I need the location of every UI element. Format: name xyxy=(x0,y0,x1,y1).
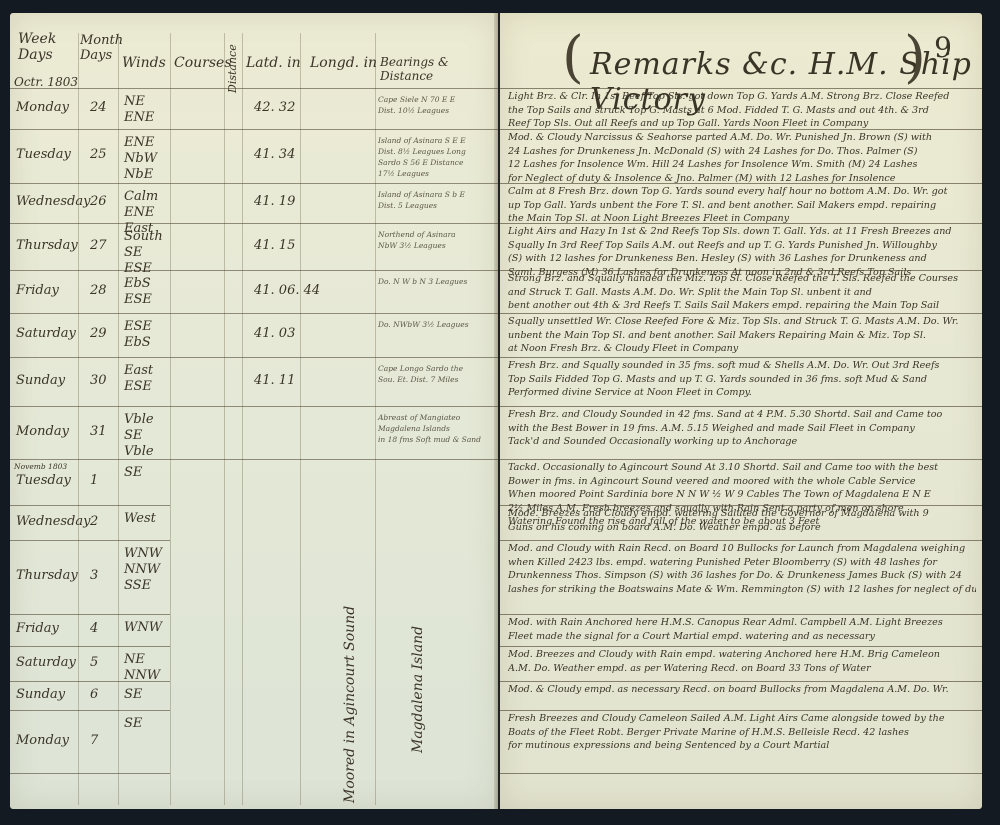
row-rule xyxy=(10,183,498,184)
remark-line: for mutinous expressions and being Sente… xyxy=(508,739,976,753)
remark-line: Mode. Breezes and Cloudy empd. watering … xyxy=(508,507,976,521)
weekday: Monday xyxy=(16,424,69,440)
weekday: Monday xyxy=(16,733,69,749)
remark-entry: Mod. & Cloudy Narcissus & Seahorse parte… xyxy=(508,131,976,185)
weekday: Sunday xyxy=(16,373,65,389)
remark-line: with the Best Bower in 19 fms. A.M. 5.15… xyxy=(508,422,976,436)
row-rule xyxy=(10,646,170,647)
remark-line: 24 Lashes for Drunkeness Jn. McDonald (S… xyxy=(508,145,976,159)
month-day: 26 xyxy=(90,194,107,210)
wind: WNW xyxy=(124,620,162,636)
wind: WNW xyxy=(124,546,162,562)
remark-rule xyxy=(500,183,982,184)
remark-line: Fresh Breezes and Cloudy Cameleon Sailed… xyxy=(508,712,976,726)
bearing-note: Do. NWbW 3½ Leagues xyxy=(378,319,469,331)
latitude: 41. 15 xyxy=(254,238,295,254)
page-number: 9 xyxy=(934,31,952,64)
header-period: Octr. 1803 xyxy=(14,75,78,89)
remark-line: Tack'd and Sounded Occasionally working … xyxy=(508,435,976,449)
wind: ESE xyxy=(124,319,152,335)
remark-rule xyxy=(500,88,982,89)
bearing-note: Do. N W b N 3 Leagues xyxy=(378,276,467,288)
remark-rule xyxy=(500,459,982,460)
weekday: Saturday xyxy=(16,655,76,671)
wind: ENE xyxy=(124,110,154,126)
wind: SE xyxy=(124,687,142,703)
wind: SSE xyxy=(124,578,151,594)
remark-entry: Fresh Breezes and Cloudy Cameleon Sailed… xyxy=(508,712,976,753)
latitude: 41. 19 xyxy=(254,194,295,210)
remark-line: lashes for striking the Boatswains Mate … xyxy=(508,583,976,597)
remark-entry: Mod. Breezes and Cloudy with Rain empd. … xyxy=(508,648,976,675)
column-rule xyxy=(78,33,79,805)
remark-rule xyxy=(500,505,982,506)
header-distance: Distance xyxy=(226,44,239,93)
month-day: 30 xyxy=(90,373,107,389)
remark-rule xyxy=(500,223,982,224)
remark-line: Guns on his coming on board A.M. Do. Wea… xyxy=(508,521,976,535)
month-day: 4 xyxy=(90,621,98,637)
wind: NE xyxy=(124,652,145,668)
remark-line: bent another out 4th & 3rd Reefs T. Sail… xyxy=(508,299,976,313)
remark-line: Squally In 3rd Reef Top Sails A.M. out R… xyxy=(508,239,976,253)
month-day: 29 xyxy=(90,326,107,342)
column-rule xyxy=(170,33,171,805)
bearing-note: Dist. 10½ Leagues xyxy=(378,105,449,117)
remark-entry: Fresh Brz. and Squally sounded in 35 fms… xyxy=(508,359,976,400)
column-rule xyxy=(118,33,119,805)
latitude: 41. 11 xyxy=(254,373,295,389)
remark-line: Fleet made the signal for a Court Martia… xyxy=(508,630,976,644)
row-rule xyxy=(10,540,170,541)
bearing-note: NbW 3½ Leagues xyxy=(378,240,446,252)
remark-line: When moored Point Sardinia bore N N W ½ … xyxy=(508,488,976,502)
remark-line: Squally unsettled Wr. Close Reefed Fore … xyxy=(508,315,976,329)
month-day: 24 xyxy=(90,100,107,116)
wind: ENE xyxy=(124,205,154,221)
row-rule xyxy=(10,129,498,130)
latitude: 41. 06. 44 xyxy=(254,283,320,299)
wind: ESE xyxy=(124,379,152,395)
month-day: 31 xyxy=(90,424,107,440)
weekday: Sunday xyxy=(16,687,65,703)
vertical-annotation: Moored in Agincourt Sound xyxy=(342,606,358,803)
wind: SE xyxy=(124,245,142,261)
header-bearings: Bearings & Distance xyxy=(380,55,498,83)
row-rule xyxy=(10,357,498,358)
wind: SE xyxy=(124,716,142,732)
remark-entry: Squally unsettled Wr. Close Reefed Fore … xyxy=(508,315,976,356)
weekday: Friday xyxy=(16,621,59,637)
row-rule xyxy=(10,88,498,89)
remark-line: Boats of the Fleet Robt. Berger Private … xyxy=(508,726,976,740)
remark-rule xyxy=(500,406,982,407)
remark-line: up Top Gall. Yards unbent the Fore T. Sl… xyxy=(508,199,976,213)
column-rule xyxy=(300,33,301,805)
column-rule xyxy=(242,33,243,805)
remark-entry: Calm at 8 Fresh Brz. down Top G. Yards s… xyxy=(508,185,976,226)
month-day: 6 xyxy=(90,687,98,703)
remark-line: Performed divine Service at Noon Fleet i… xyxy=(508,386,976,400)
latitude: 41. 34 xyxy=(254,147,295,163)
row-rule xyxy=(10,459,498,460)
bearing-note: Sou. Et. Dist. 7 Miles xyxy=(378,374,458,386)
row-rule xyxy=(10,313,498,314)
row-rule xyxy=(10,505,170,506)
month-day: 28 xyxy=(90,283,107,299)
header-lat: Latd. in xyxy=(246,55,301,71)
wind: NNW xyxy=(124,562,160,578)
remark-rule xyxy=(500,313,982,314)
remark-rule xyxy=(500,681,982,682)
remark-line: (S) with 12 lashes for Drunkeness Ben. H… xyxy=(508,252,976,266)
row-rule xyxy=(10,406,498,407)
title-right-brace: ) xyxy=(904,25,926,90)
remark-line: at Noon Fresh Brz. & Cloudy Fleet in Com… xyxy=(508,342,976,356)
wind: Vble xyxy=(124,444,154,460)
wind: NNW xyxy=(124,668,160,684)
remark-line: A.M. Do. Weather empd. as per Watering R… xyxy=(508,662,976,676)
column-rule xyxy=(375,33,376,805)
vertical-annotation: Magdalena Island xyxy=(410,626,426,753)
remark-line: Tackd. Occasionally to Agincourt Sound A… xyxy=(508,461,976,475)
remark-line: Mod. and Cloudy with Rain Recd. on Board… xyxy=(508,542,976,556)
weekday: Thursday xyxy=(16,568,78,584)
remark-rule xyxy=(500,646,982,647)
remark-entry: Strong Brz. and Squally handed the Miz. … xyxy=(508,272,976,313)
month-day: 27 xyxy=(90,238,107,254)
wind: ESE xyxy=(124,261,152,277)
month-label: Novemb 1803 xyxy=(14,461,67,473)
row-rule xyxy=(10,710,170,711)
month-day: 5 xyxy=(90,655,98,671)
remark-entry: Fresh Brz. and Cloudy Sounded in 42 fms.… xyxy=(508,408,976,449)
remark-rule xyxy=(500,357,982,358)
weekday: Thursday xyxy=(16,238,78,254)
remark-line: Top Sails Fidded Top G. Masts and up T. … xyxy=(508,373,976,387)
remark-line: the Top Sails and struck Top G. Masts at… xyxy=(508,104,976,118)
remark-line: Fresh Brz. and Cloudy Sounded in 42 fms.… xyxy=(508,408,976,422)
header-winds: Winds xyxy=(122,55,166,71)
remark-line: 12 Lashes for Insolence Wm. Hill 24 Lash… xyxy=(508,158,976,172)
wind: EbS xyxy=(124,276,151,292)
remark-line: Light Brz. & Clr. In 1st Reef Top Sls. g… xyxy=(508,90,976,104)
remark-line: and Struck T. Gall. Masts A.M. Do. Wr. S… xyxy=(508,286,976,300)
month-day: 1 xyxy=(90,473,98,489)
header-week: Week Days xyxy=(18,31,78,63)
remark-line: Drunkenness Thos. Simpson (S) with 36 la… xyxy=(508,569,976,583)
weekday: Wednesday xyxy=(16,514,90,530)
wind: West xyxy=(124,511,156,527)
wind: Vble xyxy=(124,412,154,428)
row-rule xyxy=(10,773,170,774)
latitude: 42. 32 xyxy=(254,100,295,116)
bearing-note: in 18 fms Soft mud & Sand xyxy=(378,434,481,446)
remark-rule xyxy=(500,540,982,541)
title-left-brace: ( xyxy=(562,25,584,90)
remark-rule xyxy=(500,614,982,615)
wind: Calm xyxy=(124,189,158,205)
remark-line: Light Airs and Hazy In 1st & 2nd Reefs T… xyxy=(508,225,976,239)
remark-rule xyxy=(500,773,982,774)
bearing-note: Dist. 5 Leagues xyxy=(378,200,437,212)
wind: East xyxy=(124,363,153,379)
wind: ESE xyxy=(124,292,152,308)
remark-entry: Light Brz. & Clr. In 1st Reef Top Sls. g… xyxy=(508,90,976,131)
month-day: 7 xyxy=(90,733,98,749)
wind: NbE xyxy=(124,167,153,183)
remark-rule xyxy=(500,710,982,711)
wind: SE xyxy=(124,465,142,481)
row-rule xyxy=(10,270,498,271)
remark-entry: Mod. & Cloudy empd. as necessary Recd. o… xyxy=(508,683,976,697)
latitude: 41. 03 xyxy=(254,326,295,342)
month-day: 25 xyxy=(90,147,107,163)
remark-entry: Mod. and Cloudy with Rain Recd. on Board… xyxy=(508,542,976,596)
row-rule xyxy=(10,223,498,224)
remark-entry: Mod. with Rain Anchored here H.M.S. Cano… xyxy=(508,616,976,643)
weekday: Tuesday xyxy=(16,473,71,489)
header-month-days: Month Days xyxy=(80,33,120,63)
wind: South xyxy=(124,229,163,245)
remark-line: Mod. Breezes and Cloudy with Rain empd. … xyxy=(508,648,976,662)
remark-line: Mod. with Rain Anchored here H.M.S. Cano… xyxy=(508,616,976,630)
month-day: 3 xyxy=(90,568,98,584)
remark-line: Mod. & Cloudy Narcissus & Seahorse parte… xyxy=(508,131,976,145)
weekday: Saturday xyxy=(16,326,76,342)
row-rule xyxy=(10,614,170,615)
bearing-note: 17½ Leagues xyxy=(378,168,429,180)
weekday: Tuesday xyxy=(16,147,71,163)
remark-line: when Killed 2423 lbs. empd. watering Pun… xyxy=(508,556,976,570)
remark-line: unbent the Main Top Sl. and bent another… xyxy=(508,329,976,343)
wind: NE xyxy=(124,94,145,110)
wind: SE xyxy=(124,428,142,444)
left-page-log-table: Week DaysOctr. 1803Month DaysWindsCourse… xyxy=(10,13,498,809)
wind: NbW xyxy=(124,151,157,167)
right-page-remarks: ( Remarks &c. H.M. Ship Victory ) 9 Ligh… xyxy=(500,13,982,809)
header-long: Longd. in xyxy=(310,55,377,71)
column-rule xyxy=(224,33,225,805)
weekday: Wednesday xyxy=(16,194,90,210)
weekday: Friday xyxy=(16,283,59,299)
remark-line: Mod. & Cloudy empd. as necessary Recd. o… xyxy=(508,683,976,697)
remark-rule xyxy=(500,129,982,130)
remark-rule xyxy=(500,270,982,271)
wind: EbS xyxy=(124,335,151,351)
weekday: Monday xyxy=(16,100,69,116)
month-day: 2 xyxy=(90,514,98,530)
remark-line: Calm at 8 Fresh Brz. down Top G. Yards s… xyxy=(508,185,976,199)
open-logbook: Week DaysOctr. 1803Month DaysWindsCourse… xyxy=(10,13,992,809)
remark-line: Bower in fms. in Agincourt Sound veered … xyxy=(508,475,976,489)
remark-line: Strong Brz. and Squally handed the Miz. … xyxy=(508,272,976,286)
wind: ENE xyxy=(124,135,154,151)
remark-line: Fresh Brz. and Squally sounded in 35 fms… xyxy=(508,359,976,373)
remark-entry: Mode. Breezes and Cloudy empd. watering … xyxy=(508,507,976,534)
header-courses: Courses xyxy=(174,55,232,71)
